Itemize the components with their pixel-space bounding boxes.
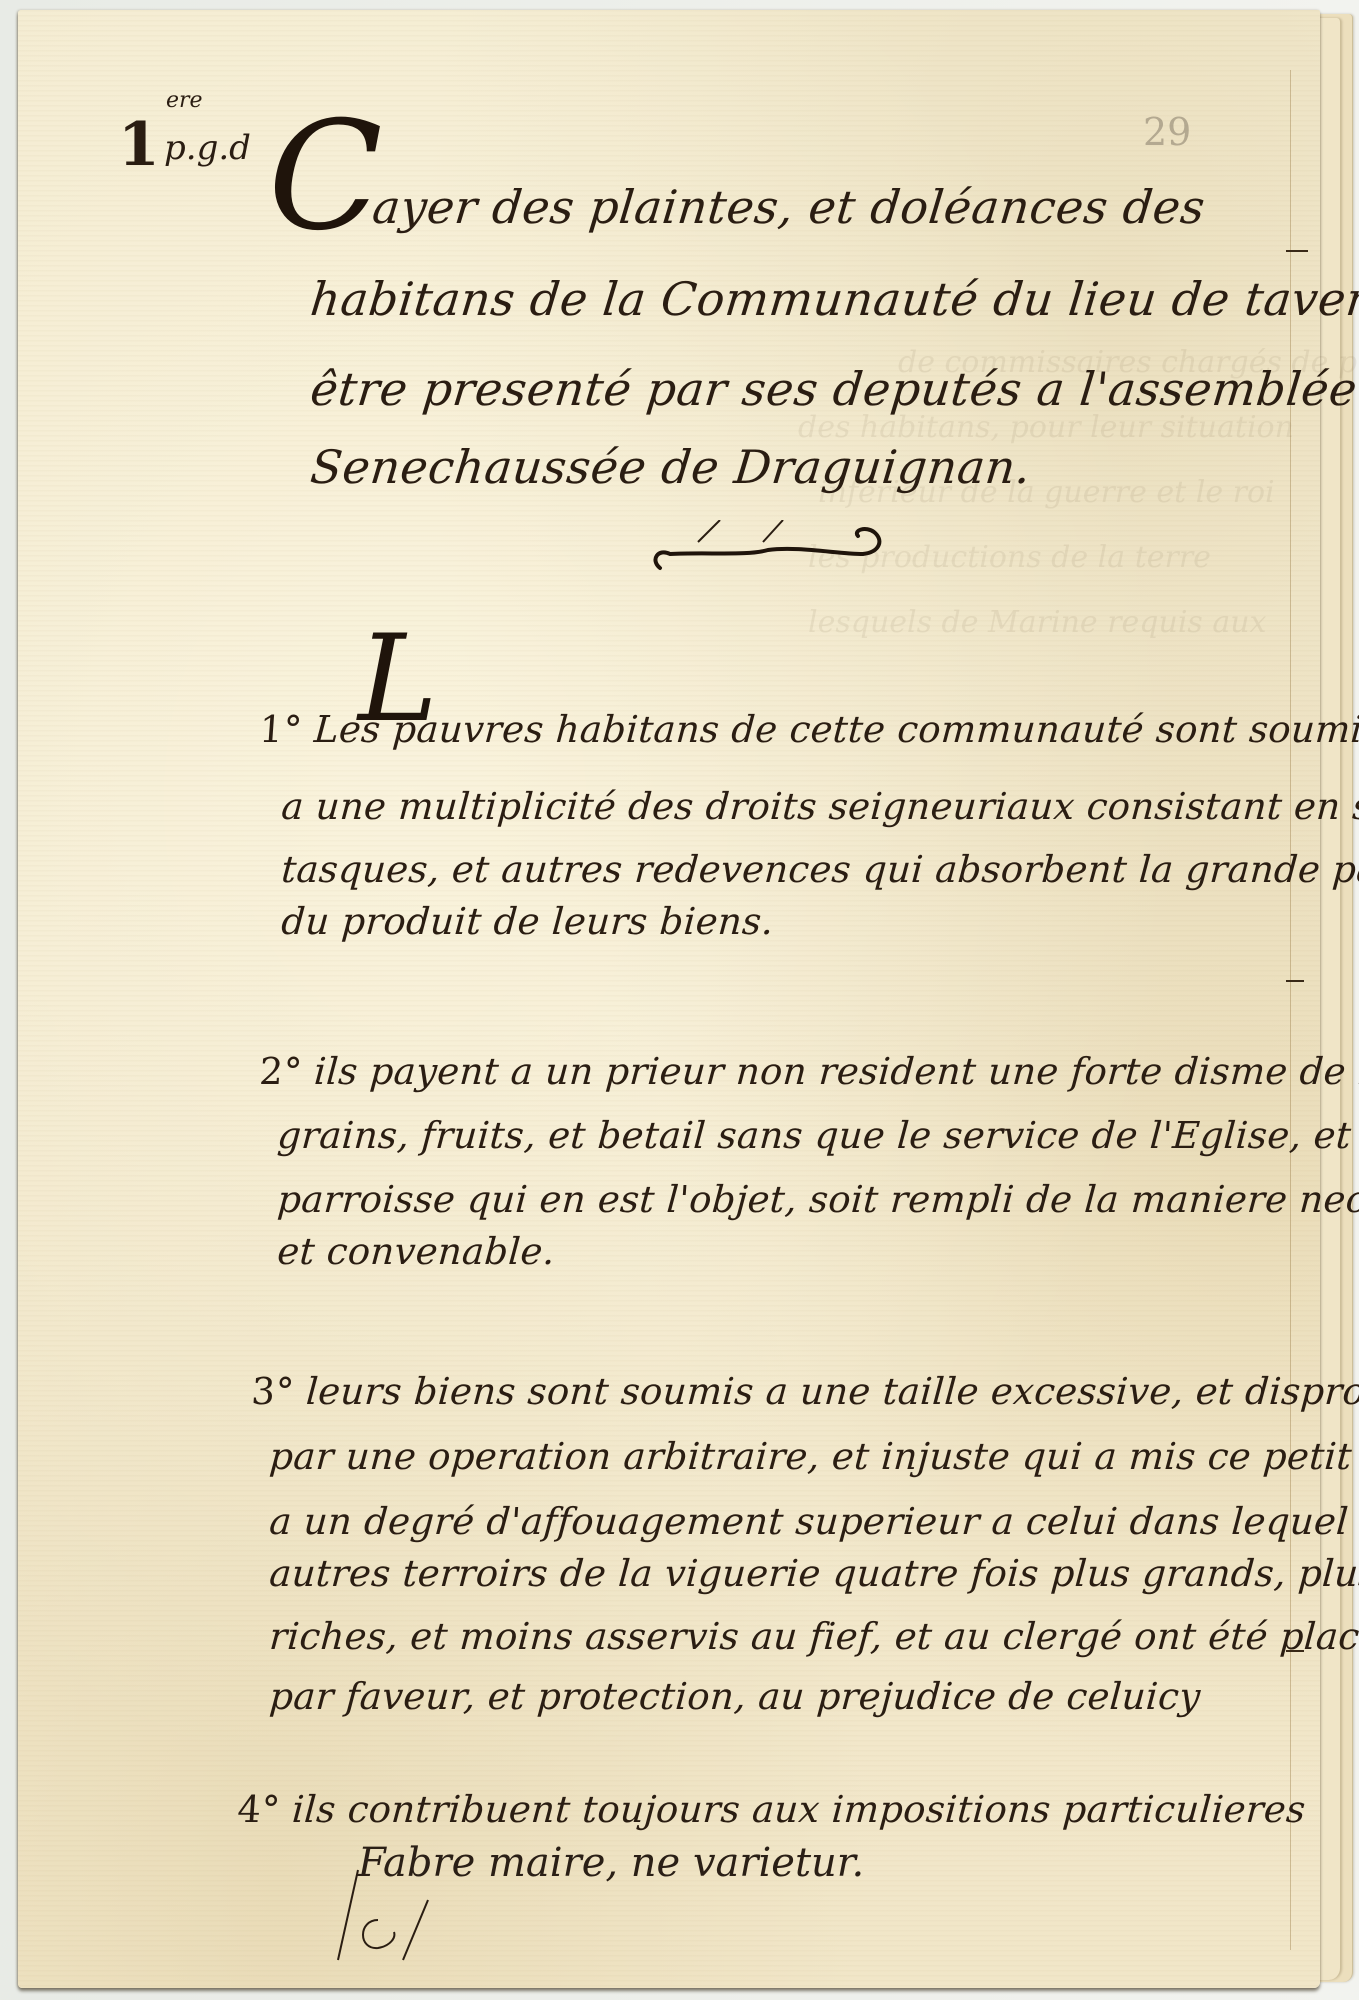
title-initial-letter: C — [268, 102, 383, 252]
title-line-1: ayer des plaintes, et doléances des — [370, 180, 1208, 234]
article-2-line-3: parroisse qui en est l'objet, soit rempl… — [276, 1178, 1359, 1221]
pencil-page-mark: 29 — [1143, 110, 1191, 154]
article-3-line-4: autres terroirs de la viguerie quatre fo… — [268, 1552, 1359, 1595]
article-1-line-1: 1° Les pauvres habitans de cette communa… — [258, 708, 1359, 751]
title-flourish-icon — [648, 520, 888, 580]
article-number: 1° — [258, 708, 304, 751]
article-2-line-2: grains, fruits, et betail sans que le se… — [276, 1114, 1359, 1157]
bleed-through-text: lesquels de Marine requis aux — [808, 605, 1266, 640]
margin-tick — [1286, 1650, 1304, 1652]
folio-number: 1 — [118, 110, 160, 180]
article-2-line-4: et convenable. — [276, 1230, 556, 1273]
article-number: 4° — [236, 1788, 282, 1831]
title-line-4: Senechaussée de Draguignan. — [308, 440, 1034, 494]
folio-superscript: ere — [166, 88, 203, 113]
article-1-line-4: du produit de leurs biens. — [280, 900, 775, 943]
article-number: 3° — [250, 1370, 296, 1413]
signature-paraph-icon — [318, 1860, 438, 1970]
title-line-2: habitans de la Communauté du lieu de tav… — [308, 272, 1359, 326]
page-fold-edge — [1290, 70, 1291, 1950]
article-3-line-3: a un degré d'affouagement superieur a ce… — [268, 1500, 1359, 1543]
article-2-line-1: 2° ils payent a un prieur non resident u… — [258, 1050, 1359, 1093]
article-3-line-1: 3° leurs biens sont soumis a une taille … — [250, 1370, 1359, 1413]
margin-tick — [1286, 250, 1308, 252]
article-number: 2° — [258, 1050, 304, 1093]
title-line-3: être presenté par ses deputés a l'assemb… — [308, 362, 1359, 416]
article-1-line-3: tasques, et autres redevences qui absorb… — [280, 848, 1359, 891]
article-3-line-2: par une operation arbitraire, et injuste… — [268, 1435, 1359, 1478]
article-4-line-1: 4° ils contribuent toujours aux impositi… — [236, 1788, 1307, 1831]
article-3-line-5: riches, et moins asservis au fief, et au… — [268, 1615, 1359, 1658]
manuscript-page: de commissaires chargés de procéder des … — [18, 10, 1320, 1988]
article-1-line-2: a une multiplicité des droits seigneuria… — [280, 785, 1359, 828]
folio-subscript: p.g.d — [164, 128, 251, 168]
margin-tick — [1286, 980, 1304, 982]
article-3-line-6: par faveur, et protection, au prejudice … — [268, 1675, 1202, 1718]
